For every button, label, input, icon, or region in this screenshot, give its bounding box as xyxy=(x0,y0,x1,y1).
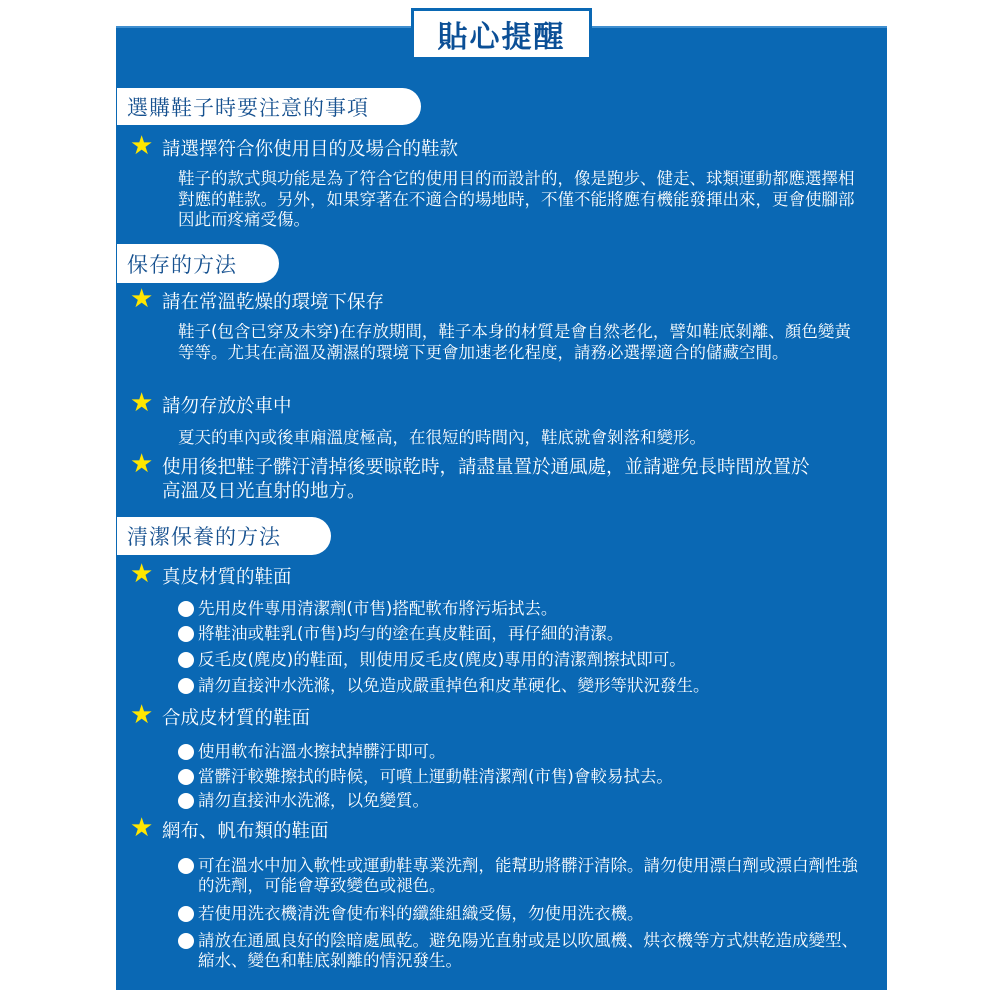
section-heading-shoe-selection: 選購鞋子時要注意的事項 xyxy=(117,88,421,125)
bullet-icon xyxy=(178,793,194,809)
star-icon: ★ xyxy=(130,563,162,585)
bullet-icon xyxy=(178,906,194,922)
list-item: 先用皮件專用清潔劑(市售)搭配軟布將污垢拭去。 xyxy=(178,599,858,619)
bullet-icon xyxy=(178,744,194,760)
bullet-icon xyxy=(178,769,194,785)
bullet-icon xyxy=(178,652,194,668)
bullet-icon xyxy=(178,678,194,694)
list-item: 請勿直接沖水洗滌，以免造成嚴重掉色和皮革硬化、變形等狀況發生。 xyxy=(178,676,858,696)
list-item: 反毛皮(麂皮)的鞋面，則使用反毛皮(麂皮)專用的清潔劑擦拭即可。 xyxy=(178,650,858,670)
tip-paragraph: 夏天的車內或後車廂溫度極高，在很短的時間內，鞋底就會剝落和變形。 xyxy=(178,428,858,449)
star-icon: ★ xyxy=(130,135,162,157)
tip-heading: ★ 請在常溫乾燥的環境下保存 xyxy=(130,291,384,315)
bullet-icon xyxy=(178,933,194,949)
tip-heading: ★ 使用後把鞋子髒汙清掉後要晾乾時，請盡量置於通風處，並請避免長時間放置於高溫及… xyxy=(130,456,830,504)
tip-heading: ★ 網布、帆布類的鞋面 xyxy=(130,820,329,844)
star-icon: ★ xyxy=(130,288,162,310)
list-item: 請勿直接沖水洗滌，以免變質。 xyxy=(178,791,858,811)
bullet-icon xyxy=(178,626,194,642)
tip-heading: ★ 合成皮材質的鞋面 xyxy=(130,707,310,731)
section-heading-cleaning: 清潔保養的方法 xyxy=(117,517,331,555)
tip-paragraph: 鞋子(包含已穿及未穿)在存放期間，鞋子本身的材質是會自然老化，譬如鞋底剝離、顏色… xyxy=(178,322,858,363)
star-icon: ★ xyxy=(130,704,162,726)
star-icon: ★ xyxy=(130,817,162,839)
list-item: 當髒汙較難擦拭的時候，可噴上運動鞋清潔劑(市售)會較易拭去。 xyxy=(178,767,858,787)
list-item: 將鞋油或鞋乳(市售)均勻的塗在真皮鞋面，再仔細的清潔。 xyxy=(178,624,858,644)
list-item: 請放在通風良好的陰暗處風乾。避免陽光直射或是以吹風機、烘衣機等方式烘乾造成變型、… xyxy=(178,931,858,971)
list-item: 若使用洗衣機清洗會使布料的纖維組織受傷，勿使用洗衣機。 xyxy=(178,904,858,924)
list-item: 可在溫水中加入軟性或運動鞋專業洗劑，能幫助將髒汙清除。請勿使用漂白劑或漂白劑性強… xyxy=(178,856,858,896)
section-heading-storage: 保存的方法 xyxy=(117,244,279,283)
tip-heading: ★ 真皮材質的鞋面 xyxy=(130,566,292,590)
page-title: 貼心提醒 xyxy=(411,8,592,60)
star-icon: ★ xyxy=(130,453,162,475)
tip-heading: ★ 請勿存放於車中 xyxy=(130,395,292,419)
tip-heading: ★ 請選擇符合你使用目的及場合的鞋款 xyxy=(130,138,458,162)
star-icon: ★ xyxy=(130,392,162,414)
bullet-icon xyxy=(178,601,194,617)
list-item: 使用軟布沾溫水擦拭掉髒汙即可。 xyxy=(178,742,858,762)
bullet-icon xyxy=(178,858,194,874)
tip-paragraph: 鞋子的款式與功能是為了符合它的使用目的而設計的，像是跑步、健走、球類運動都應選擇… xyxy=(178,169,858,231)
